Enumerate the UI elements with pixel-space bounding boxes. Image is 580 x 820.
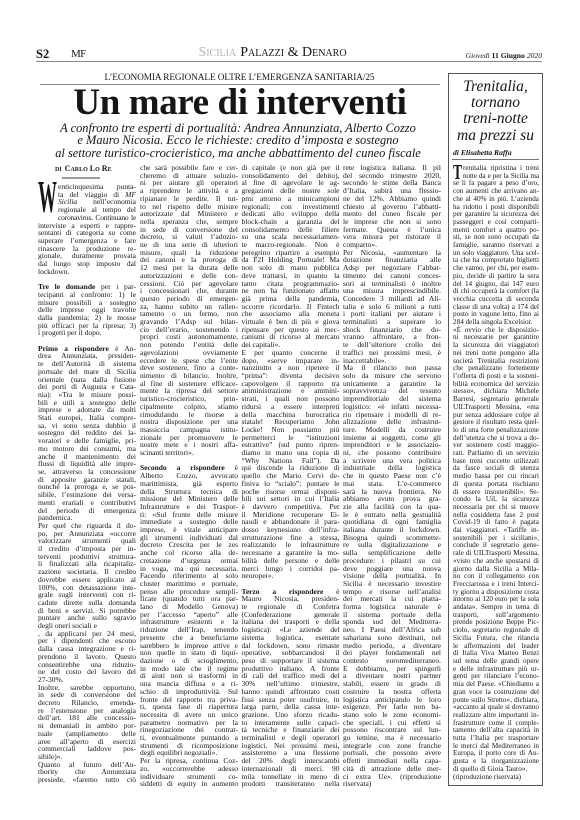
date-year: 2020 (527, 51, 542, 60)
brand-logo: MF (71, 48, 86, 61)
deck-line: al settore turistico-crocieristico, ma a… (18, 147, 458, 159)
deck-line: e Mauro Nicosia. Ecco le richieste: cred… (18, 134, 458, 146)
paragraph: renitalia ripristina i treninotte da e p… (453, 165, 539, 327)
paragraph: che sarà possibile fare e cer-cheremo di… (140, 164, 238, 457)
date-day-month: 11 Giugno (492, 51, 525, 60)
drop-cap-letter: T (453, 162, 462, 183)
paragraph: Primo a rispondere è An-drea Annunziata,… (38, 345, 136, 522)
paragraph: Quanto al futuro dell’Au-thority che Ann… (38, 761, 136, 784)
drop-cap: W (38, 183, 57, 214)
text-line: riservata) (343, 780, 441, 788)
article-headline: Un mare di interventi (20, 84, 460, 121)
sidebar-byline-rule (452, 159, 539, 160)
issue-date: Giovedì11 Giugno2020 (464, 51, 542, 60)
article-column-4: rete logistica italiana. Il pildel secon… (343, 164, 441, 788)
paragraph: Secondo a rispondere èAlberto Cozzo, avv… (140, 464, 238, 757)
sidebar-headline-line: ma prezzi su (449, 128, 542, 144)
paragraph: di capitale (e non già per ilconsolidame… (242, 164, 340, 349)
paragraph: Ma il rilancio non passasolo da misure c… (343, 364, 441, 788)
text-line: presiede, «faremo tutto ciò (38, 776, 136, 784)
header-rule (36, 61, 542, 62)
article-column-2: che sarà possibile fare e cer-cheremo di… (140, 164, 238, 788)
byline-author: Carlo Lo Re (65, 164, 112, 173)
sidebar-headline-line: Trenitalia, (449, 79, 542, 95)
sidebar-headline-line: treni-notte (449, 111, 542, 127)
text-line: scinanti territori». (140, 449, 238, 457)
byline-rule (62, 177, 100, 179)
text-line: lockdown. (38, 268, 136, 276)
paragraph: (riproduzione riservata) (453, 774, 539, 782)
paragraph: Tre le domande per i par-tecipanti al co… (38, 283, 136, 337)
paragraph: E per quanto concerne ildopo, «serve imp… (242, 349, 340, 580)
section-name-region: Sicilia (198, 45, 236, 60)
text-line: neuropei». (242, 572, 340, 580)
paragraph: Per quel che riguarda il do-po, per Annu… (38, 522, 136, 630)
text-line: prodotti transiteranno nella (242, 780, 340, 788)
paragraph: rete logistica italiana. Il pildel secon… (343, 164, 441, 249)
paragraph: , da applicarsi per 24 mesi,per i dipend… (38, 630, 136, 684)
article-column-3: di capitale (e non già per ilconsolidame… (242, 164, 340, 788)
date-weekday: Giovedì (466, 51, 490, 60)
sidebar-headline-line: tornano (449, 95, 542, 111)
drop-cap-letter: W (38, 175, 57, 220)
sidebar-headline: Trenitalia, tornano treni-notte ma prezz… (449, 79, 542, 144)
sidebar-body: T renitalia ripristina i treninotte da e… (453, 165, 539, 781)
text-line: (riproduzione riservata) (453, 774, 539, 782)
sidebar-byline: diElisabetta Raffa (453, 148, 512, 157)
section-masthead: SiciliaPalazzi & Denaro (180, 46, 365, 60)
article-column-1: W enticinquesima punta-ta del viaggio di… (38, 183, 136, 784)
paragraph: Inoltre, sarebbe opportuno,in sede di co… (38, 684, 136, 761)
page-number: S2 (36, 47, 49, 61)
article-byline: diCarlo Lo Re (55, 164, 112, 173)
drop-cap: T (453, 165, 462, 180)
sidebar-byline-author: Elisabetta Raffa (461, 148, 512, 157)
paragraph: Terzo a rispondere èMauro Nicosia, presi… (242, 588, 340, 788)
article-deck: A confronto tre esperti di portualità: A… (18, 122, 458, 159)
paragraph: Per la ripresa, continua Coz-zo, «occorr… (140, 757, 238, 788)
text-line: i progetti per il dopo. (38, 329, 136, 337)
section-name-title: Palazzi & Denaro (240, 45, 346, 60)
paragraph: «È ovvio che le disposizio-ni necessarie… (453, 327, 539, 774)
sidebar-byline-prefix: di (453, 148, 459, 157)
paragraph: Per Nicosia, «aumentare ladotazione fina… (343, 249, 441, 365)
text-line: siddetti di equity in aumento (140, 780, 238, 788)
